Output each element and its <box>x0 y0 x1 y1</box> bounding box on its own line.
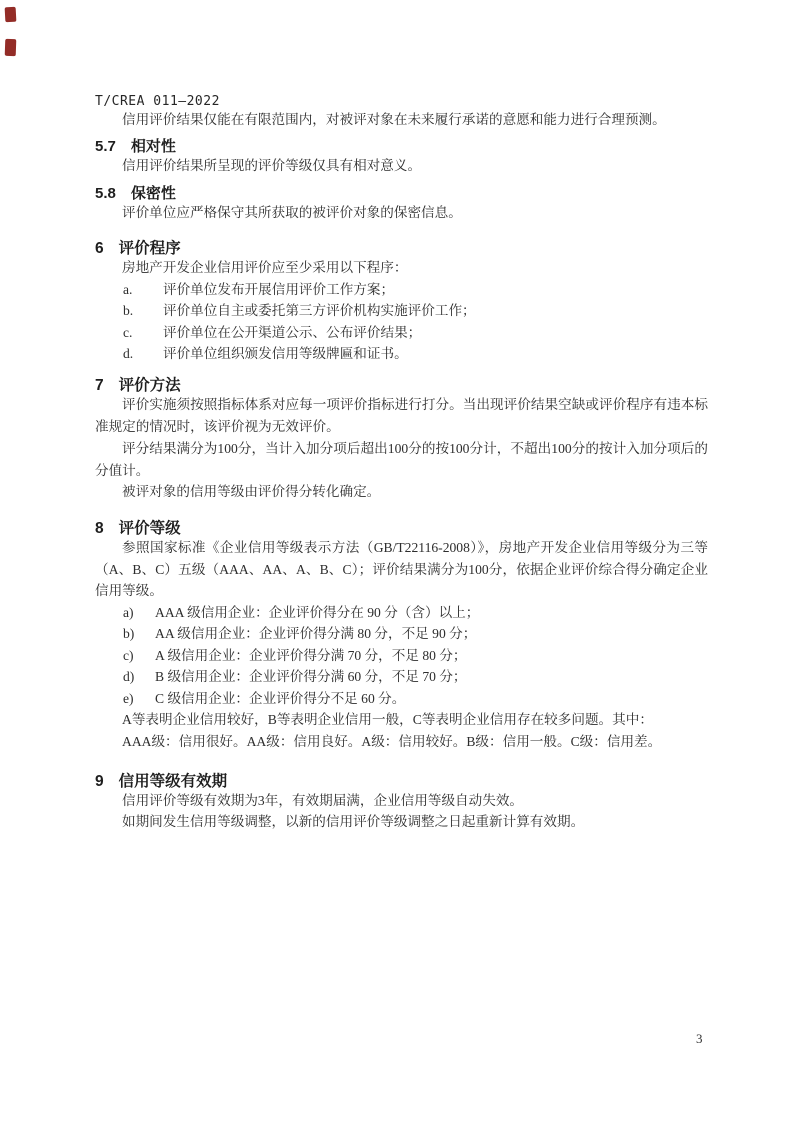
heading-number: 5.7 <box>95 139 116 155</box>
grade-list: a)AAA 级信用企业：企业评价得分在 90 分（含）以上； b)AA 级信用企… <box>95 602 708 709</box>
list-marker: b. <box>123 300 163 321</box>
heading-7-evaluation-method: 7评价方法 <box>95 378 708 394</box>
paragraph-scoring-rule: 评价实施须按照指标体系对应每一项评价指标进行打分。当出现评价结果空缺或评价程序有… <box>95 394 708 437</box>
heading-title: 相对性 <box>131 138 176 155</box>
list-item-text: 评价单位自主或委托第三方评价机构实施评价工作； <box>163 300 708 321</box>
list-item-text: AA 级信用企业：企业评价得分满 80 分，不足 90 分； <box>155 623 708 644</box>
heading-number: 5.8 <box>95 186 116 202</box>
list-item: e)C 级信用企业：企业评价得分不足 60 分。 <box>95 688 708 709</box>
list-item: a)AAA 级信用企业：企业评价得分在 90 分（含）以上； <box>95 602 708 623</box>
paragraph-validity-three-years: 信用评价等级有效期为3年，有效期届满，企业信用等级自动失效。 <box>95 790 708 812</box>
heading-title: 评价等级 <box>119 520 181 537</box>
heading-title: 评价方法 <box>119 377 181 394</box>
heading-8-rating-grades: 8评价等级 <box>95 521 708 537</box>
heading-number: 9 <box>95 774 104 790</box>
paragraph-full-score-rule: 评分结果满分为100分，当计入加分项后超出100分的按100分计，不超出100分… <box>95 438 708 481</box>
paragraph-grade-definitions: AAA级：信用很好。AA级：信用良好。A级：信用较好。B级：信用一般。C级：信用… <box>95 731 708 753</box>
paragraph-grade-meaning: A等表明企业信用较好，B等表明企业信用一般，C等表明企业信用存在较多问题。其中： <box>95 709 708 731</box>
list-marker: c) <box>123 645 155 666</box>
list-item-text: 评价单位发布开展信用评价工作方案； <box>163 279 708 300</box>
heading-title: 信用等级有效期 <box>119 773 228 790</box>
list-item: b)AA 级信用企业：企业评价得分满 80 分，不足 90 分； <box>95 623 708 644</box>
paragraph-validity-recalculation: 如期间发生信用等级调整，以新的信用评价等级调整之日起重新计算有效期。 <box>95 811 708 833</box>
list-marker: b) <box>123 623 155 644</box>
list-marker: c. <box>123 322 163 343</box>
heading-5-8-confidentiality: 5.8保密性 <box>95 186 708 202</box>
paragraph-procedure-intro: 房地产开发企业信用评价应至少采用以下程序： <box>95 257 708 279</box>
red-scan-artifact-mark <box>5 7 17 23</box>
red-scan-artifact-mark <box>5 39 17 56</box>
list-item: b.评价单位自主或委托第三方评价机构实施评价工作； <box>95 300 708 321</box>
list-item: d.评价单位组织颁发信用等级牌匾和证书。 <box>95 343 708 364</box>
list-item: d)B 级信用企业：企业评价得分满 60 分，不足 70 分； <box>95 666 708 687</box>
list-item: c)A 级信用企业：企业评价得分满 70 分，不足 80 分； <box>95 645 708 666</box>
heading-5-7-relativity: 5.7相对性 <box>95 139 708 155</box>
paragraph-grades-intro: 参照国家标准《企业信用等级表示方法（GB/T22116-2008）》，房地产开发… <box>95 537 708 602</box>
list-marker: a. <box>123 279 163 300</box>
list-item-text: A 级信用企业：企业评价得分满 70 分，不足 80 分； <box>155 645 708 666</box>
list-marker: d. <box>123 343 163 364</box>
list-item-text: 评价单位在公开渠道公示、公布评价结果； <box>163 322 708 343</box>
heading-number: 6 <box>95 241 104 257</box>
heading-9-validity-period: 9信用等级有效期 <box>95 774 708 790</box>
list-marker: e) <box>123 688 155 709</box>
list-item: a.评价单位发布开展信用评价工作方案； <box>95 279 708 300</box>
list-item-text: AAA 级信用企业：企业评价得分在 90 分（含）以上； <box>155 602 708 623</box>
list-item-text: B 级信用企业：企业评价得分满 60 分，不足 70 分； <box>155 666 708 687</box>
heading-number: 7 <box>95 378 104 394</box>
list-item: c.评价单位在公开渠道公示、公布评价结果； <box>95 322 708 343</box>
heading-number: 8 <box>95 521 104 537</box>
heading-title: 评价程序 <box>119 240 181 257</box>
paragraph-prediction-scope: 信用评价结果仅能在有限范围内，对被评对象在未来履行承诺的意愿和能力进行合理预测。 <box>95 109 708 131</box>
list-item-text: C 级信用企业：企业评价得分不足 60 分。 <box>155 688 708 709</box>
paragraph-relativity: 信用评价结果所呈现的评价等级仅具有相对意义。 <box>95 155 708 177</box>
standard-code-header: T/CREA 011—2022 <box>95 95 708 109</box>
paragraph-confidentiality: 评价单位应严格保守其所获取的被评价对象的保密信息。 <box>95 202 708 224</box>
list-item-text: 评价单位组织颁发信用等级牌匾和证书。 <box>163 343 708 364</box>
heading-title: 保密性 <box>131 185 176 202</box>
list-marker: a) <box>123 602 155 623</box>
heading-6-evaluation-procedure: 6评价程序 <box>95 241 708 257</box>
procedure-list: a.评价单位发布开展信用评价工作方案； b.评价单位自主或委托第三方评价机构实施… <box>95 279 708 365</box>
document-page: T/CREA 011—2022 信用评价结果仅能在有限范围内，对被评对象在未来履… <box>0 0 794 1123</box>
paragraph-grade-conversion: 被评对象的信用等级由评价得分转化确定。 <box>95 481 708 503</box>
page-content: T/CREA 011—2022 信用评价结果仅能在有限范围内，对被评对象在未来履… <box>95 95 708 833</box>
list-marker: d) <box>123 666 155 687</box>
page-number: 3 <box>696 1031 703 1047</box>
